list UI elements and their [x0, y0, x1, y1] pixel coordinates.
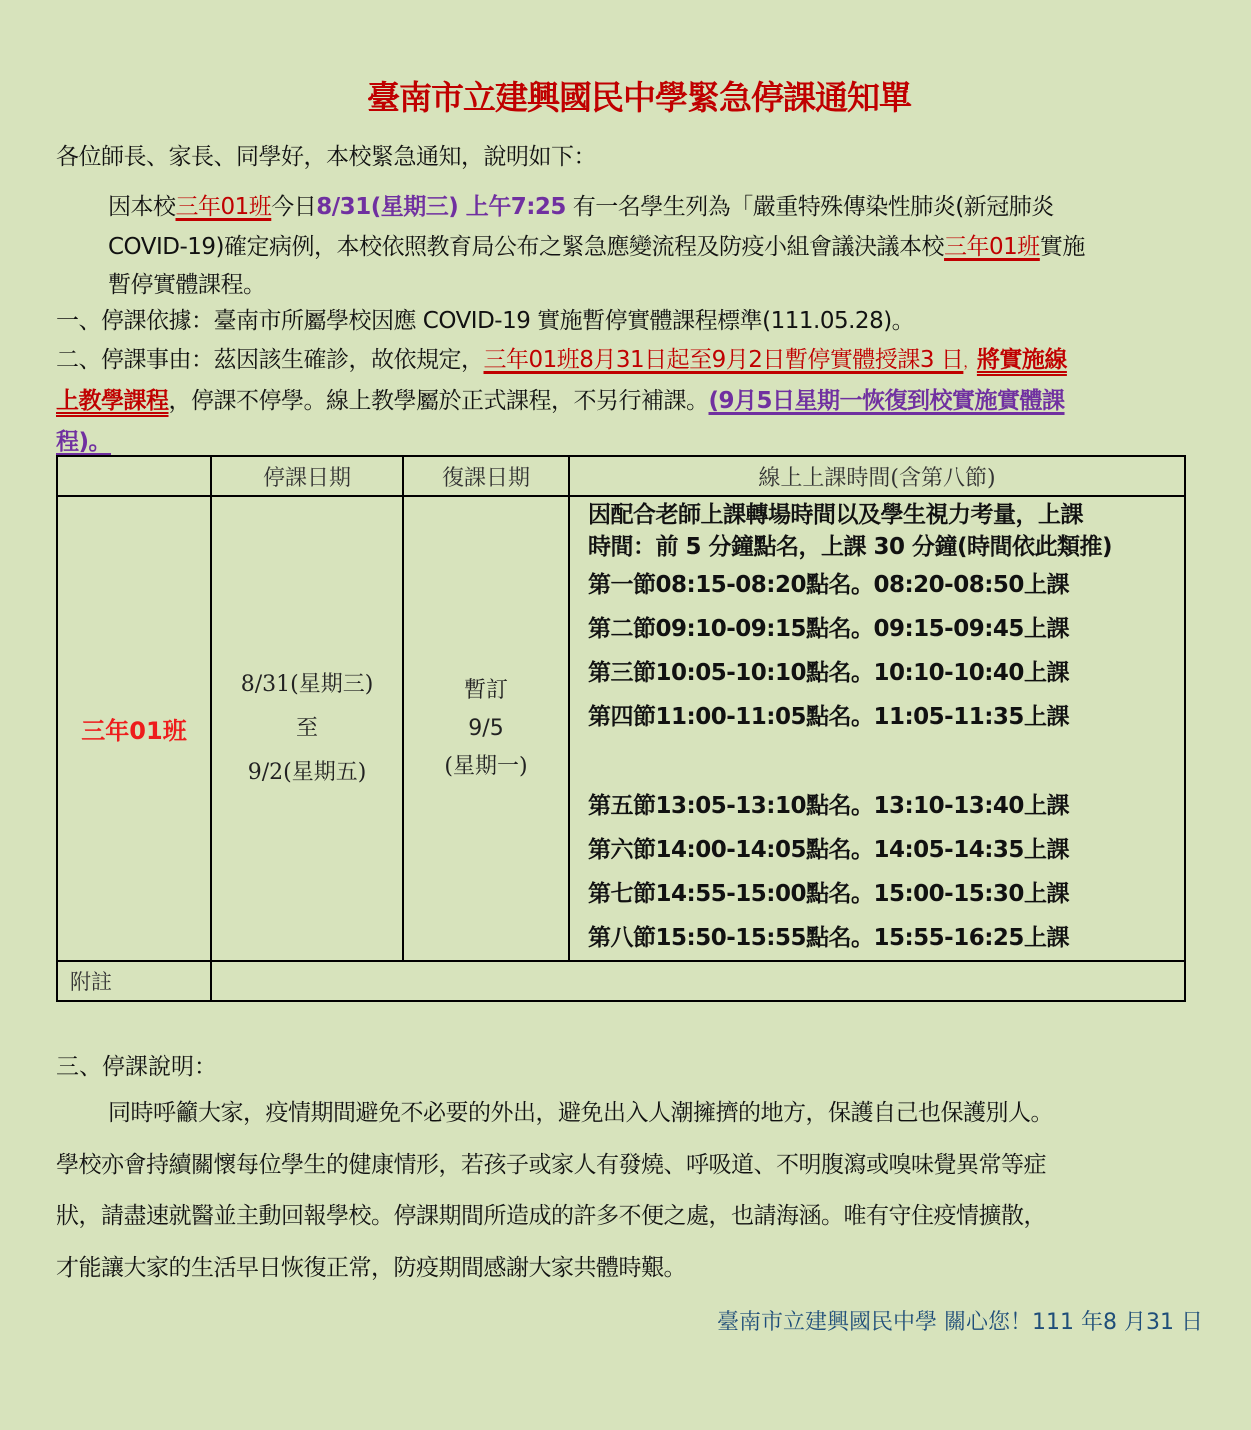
resume-date: 9/5: [404, 710, 568, 748]
section2-online-a: 將實施線: [977, 347, 1067, 373]
intro-line-1: 因本校三年01班今日8/31(星期三) 上午7:25 有一名學生列為「嚴重特殊傳…: [108, 188, 1054, 221]
section3-line-4: 才能讓大家的生活早日恢復正常，防疫期間感謝大家共體時艱。: [56, 1243, 1206, 1295]
header-stop-date: 停課日期: [211, 456, 403, 496]
section2-suspension: 三年01班8月31日起至9月2日暫停實體授課3 日: [484, 347, 964, 373]
section3-line-2: 學校亦會持續關懷每位學生的健康情形，若孩子或家人有發燒、呼吸道、不明腹瀉或嗅味覺…: [56, 1140, 1206, 1192]
section2-line-2: 上教學課程，停課不停學。線上教學屬於正式課程，不另行補課。(9月5日星期一恢復到…: [56, 382, 1065, 415]
period-3: 第三節10:05-10:10點名。10:10-10:40上課: [588, 651, 1184, 695]
intro-datetime: 8/31(星期三) 上午7:25: [316, 194, 566, 220]
period-7: 第七節14:55-15:00點名。15:00-15:30上課: [588, 872, 1184, 916]
section2-online-b: 上教學課程: [56, 388, 169, 414]
table-row: 三年01班 8/31(星期三) 至 9/2(星期五) 暫訂 9/5 (星期一) …: [57, 496, 1185, 961]
intro-line2-post: 實施: [1040, 234, 1085, 260]
footer-signature: 臺南市立建興國民中學 關心您！111 年8 月31 日: [717, 1305, 1203, 1336]
intro-class-name: 三年01班: [176, 194, 272, 220]
section2-line-1: 二、停課事由：茲因該生確診，故依規定，三年01班8月31日起至9月2日暫停實體授…: [56, 341, 1067, 374]
intro-line2-pre: COVID-19)確定病例，本校依照教育局公布之緊急應變流程及防疫小組會議決議本…: [108, 234, 944, 260]
intro-line2-class: 三年01班: [944, 234, 1040, 260]
section3-paragraph: 同時呼籲大家，疫情期間避免不必要的外出，避免出入人潮擁擠的地方，保護自己也保護別…: [56, 1088, 1206, 1294]
online-intro-1: 因配合老師上課轉場時間以及學生視力考量，上課: [588, 499, 1184, 531]
section2-prefix: 二、停課事由：茲因該生確診，故依規定，: [56, 347, 484, 373]
intro-line-3: 暫停實體課程。: [108, 266, 266, 299]
section3-line-3: 狀，請盡速就醫並主動回報學校。停課期間所造成的許多不便之處，也請海涵。唯有守住疫…: [56, 1191, 1206, 1243]
stop-date-to: 至: [212, 707, 402, 751]
section3-line-1: 同時呼籲大家，疫情期間避免不必要的外出，避免出入人潮擁擠的地方，保護自己也保護別…: [56, 1088, 1206, 1140]
stop-date-end: 9/2(星期五): [212, 751, 402, 795]
resume-tentative: 暫訂: [404, 672, 568, 710]
header-online-time: 線上上課時間(含第八節): [569, 456, 1185, 496]
period-6: 第六節14:00-14:05點名。14:05-14:35上課: [588, 828, 1184, 872]
section2-middle: ，停課不停學。線上教學屬於正式課程，不另行補課。: [169, 388, 709, 414]
period-5: 第五節13:05-13:10點名。13:10-13:40上課: [588, 784, 1184, 828]
section1-basis: 一、停課依據：臺南市所屬學校因應 COVID-19 實施暫停實體課程標準(111…: [56, 302, 914, 335]
section2-resume-a: (9月5日星期一恢復到校實施實體課: [709, 388, 1065, 414]
note-row: 附註: [57, 961, 1185, 1001]
note-label: 附註: [57, 961, 211, 1001]
page-title: 臺南市立建興國民中學緊急停課通知單: [0, 72, 1251, 119]
table-header-row: 停課日期 復課日期 線上上課時間(含第八節): [57, 456, 1185, 496]
header-resume-date: 復課日期: [403, 456, 569, 496]
period-8: 第八節15:50-15:55點名。15:55-16:25上課: [588, 916, 1184, 960]
section2-line-3: 程)。: [56, 423, 111, 456]
section3-heading: 三、停課說明：: [56, 1048, 217, 1081]
greeting: 各位師長、家長、同學好，本校緊急通知，說明如下：: [56, 138, 596, 171]
period-4: 第四節11:00-11:05點名。11:05-11:35上課: [588, 695, 1184, 739]
intro-prefix: 因本校: [108, 194, 176, 220]
schedule-table: 停課日期 復課日期 線上上課時間(含第八節) 三年01班 8/31(星期三) 至…: [56, 455, 1186, 1002]
section2-resume-b: 程)。: [56, 429, 111, 455]
class-name-cell: 三年01班: [57, 496, 211, 961]
stop-date-cell: 8/31(星期三) 至 9/2(星期五): [211, 496, 403, 961]
intro-line-2: COVID-19)確定病例，本校依照教育局公布之緊急應變流程及防疫小組會議決議本…: [108, 228, 1085, 261]
online-time-cell: 因配合老師上課轉場時間以及學生視力考量，上課 時間：前 5 分鐘點名，上課 30…: [569, 496, 1185, 961]
intro-line1-rest: 有一名學生列為「嚴重特殊傳染性肺炎(新冠肺炎: [566, 194, 1054, 220]
note-value: [211, 961, 1185, 1001]
resume-weekday: (星期一): [404, 748, 568, 786]
section2-dot: ，: [963, 355, 977, 371]
header-empty: [57, 456, 211, 496]
resume-date-cell: 暫訂 9/5 (星期一): [403, 496, 569, 961]
intro-today: 今日: [271, 194, 316, 220]
stop-date-start: 8/31(星期三): [212, 663, 402, 707]
online-intro-2: 時間：前 5 分鐘點名，上課 30 分鐘(時間依此類推): [588, 531, 1184, 563]
lunch-gap: [588, 739, 1184, 784]
period-2: 第二節09:10-09:15點名。09:15-09:45上課: [588, 607, 1184, 651]
period-1: 第一節08:15-08:20點名。08:20-08:50上課: [588, 563, 1184, 607]
